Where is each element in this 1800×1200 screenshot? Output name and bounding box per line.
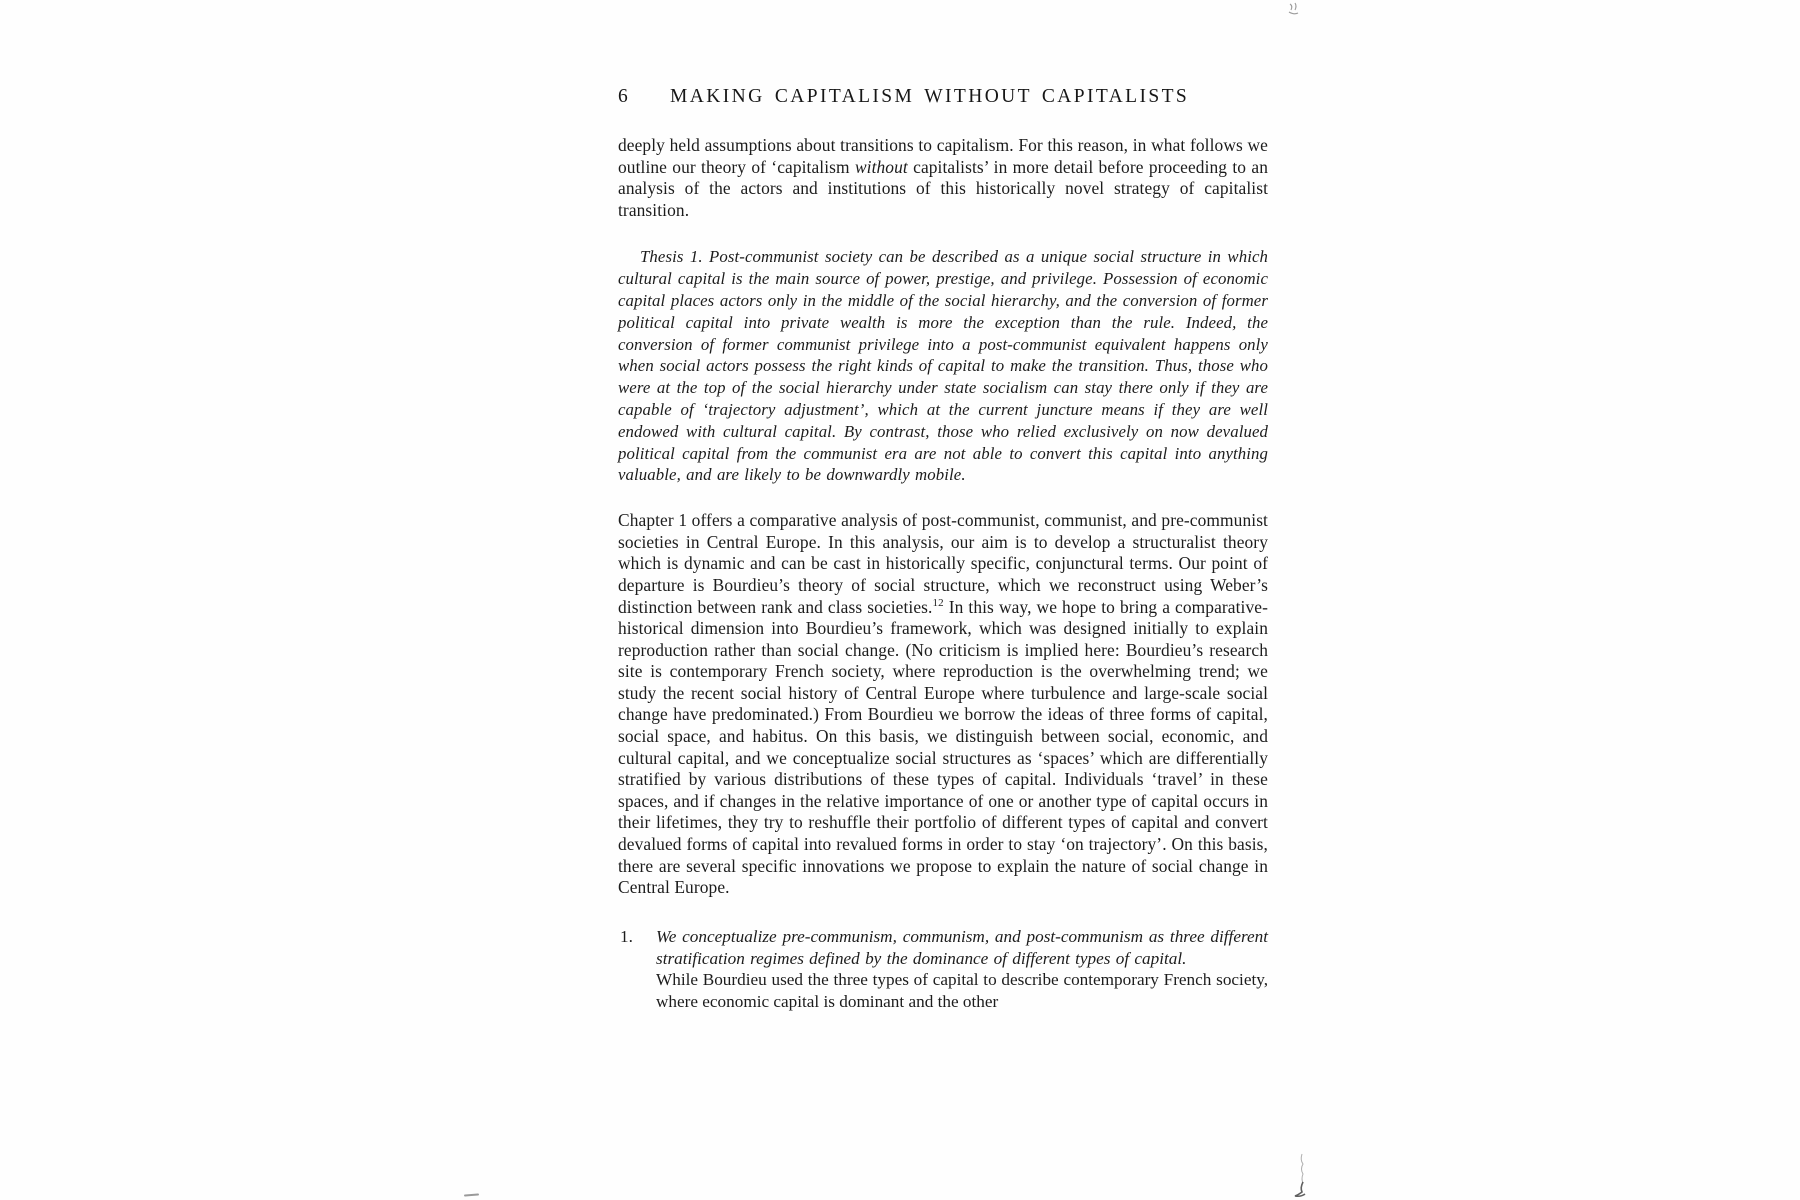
page-number: 6	[618, 86, 670, 108]
list-item-italic-text: We conceptualize pre-communism, communis…	[656, 926, 1268, 970]
page-header: 6 MAKING CAPITALISM WITHOUT CAPITALISTS	[618, 86, 1268, 108]
intro-paragraph: deeply held assumptions about transition…	[618, 135, 1268, 221]
intro-italic-word: without	[855, 157, 908, 177]
numbered-list-item-1: 1. We conceptualize pre-communism, commu…	[618, 926, 1268, 1013]
running-head-title: MAKING CAPITALISM WITHOUT CAPITALISTS	[670, 86, 1189, 108]
list-item-number: 1.	[620, 926, 633, 948]
text-column: 6 MAKING CAPITALISM WITHOUT CAPITALISTS …	[618, 86, 1268, 1013]
scan-artifact-top-right	[1286, 2, 1302, 28]
footnote-marker-12: 12	[932, 597, 943, 609]
thesis-block-quote: Thesis 1. Post-communist society can be …	[618, 246, 1268, 486]
chapter-text-after-footnote: In this way, we hope to bring a comparat…	[618, 597, 1268, 898]
scanned-book-page: 6 MAKING CAPITALISM WITHOUT CAPITALISTS …	[0, 0, 1800, 1200]
chapter-overview-paragraph: Chapter 1 offers a comparative analysis …	[618, 510, 1268, 899]
scan-artifact-bottom-right	[1292, 1152, 1312, 1198]
list-item-roman-text: While Bourdieu used the three types of c…	[656, 969, 1268, 1013]
scan-artifact-bottom-left-dash	[464, 1193, 479, 1196]
